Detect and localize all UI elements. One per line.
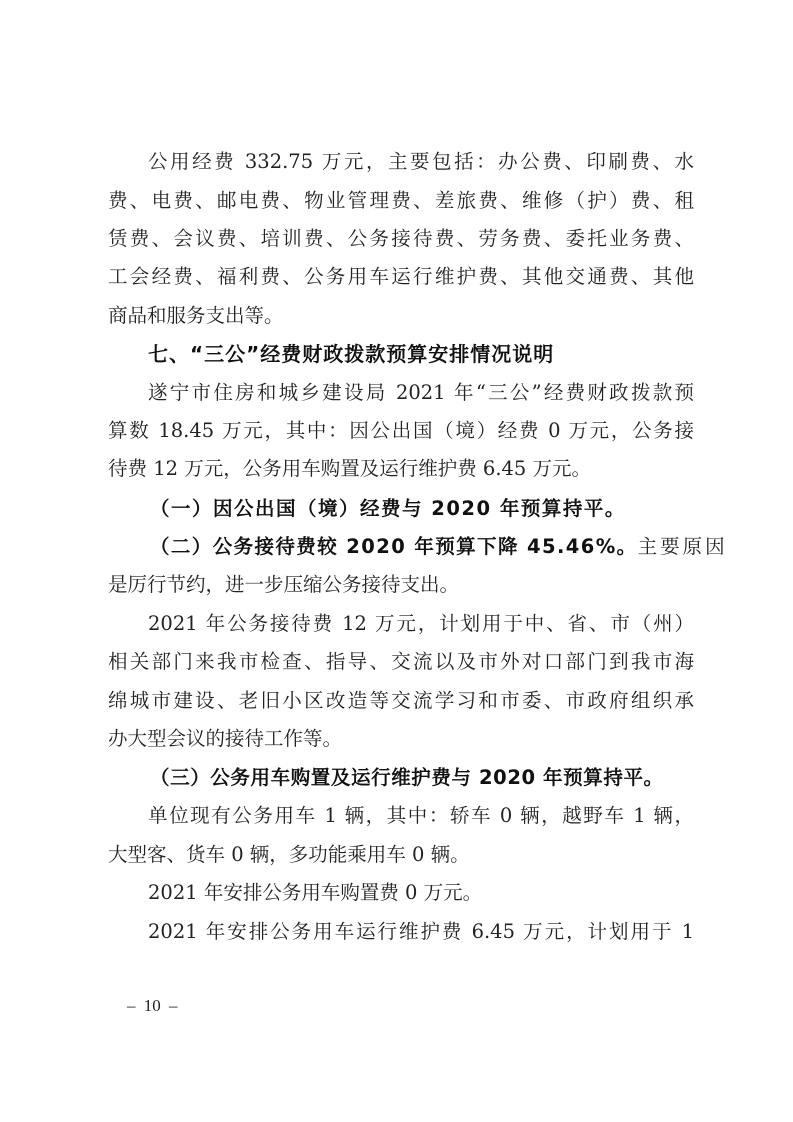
paragraph-line: 办大型会议的接待工作等。 xyxy=(108,724,694,754)
paragraph-line: 2021 年安排公务用车运行维护费 6.45 万元，计划用于 1 xyxy=(148,917,694,947)
subsection-heading: （三）公务用车购置及运行维护费与 2020 年预算持平。 xyxy=(150,763,664,793)
subsection-heading-bold: （二）公务接待费较 2020 年预算下降 45.46%。 xyxy=(150,532,638,562)
paragraph-line: 费、电费、邮电费、物业管理费、差旅费、维修（护）费、租 xyxy=(108,186,694,216)
paragraph-line: 单位现有公务用车 1 辆，其中：轿车 0 辆，越野车 1 辆， xyxy=(148,801,694,831)
paragraph-line: 商品和服务支出等。 xyxy=(108,301,694,331)
paragraph-line: 算数 18.45 万元，其中：因公出国（境）经费 0 万元，公务接 xyxy=(108,416,694,446)
paragraph-line: 绵城市建设、老旧小区改造等交流学习和市委、市政府组织承 xyxy=(108,686,694,716)
paragraph-line: 公用经费 332.75 万元，主要包括：办公费、印刷费、水 xyxy=(148,147,694,177)
page-number: – 10 – xyxy=(127,994,178,1018)
document-page: 公用经费 332.75 万元，主要包括：办公费、印刷费、水 费、电费、邮电费、物… xyxy=(0,0,793,1122)
paragraph-line: 2021 年安排公务用车购置费 0 万元。 xyxy=(148,878,694,908)
paragraph-line: 相关部门来我市检查、指导、交流以及市外对口部门到我市海 xyxy=(108,647,694,677)
paragraph-line: 工会经费、福利费、公务用车运行维护费、其他交通费、其他 xyxy=(108,262,694,292)
paragraph-line: 2021 年公务接待费 12 万元，计划用于中、省、市（州） xyxy=(148,609,694,639)
paragraph-line: 待费 12 万元，公务用车购置及运行维护费 6.45 万元。 xyxy=(108,454,694,484)
paragraph-line: 大型客、货车 0 辆，多功能乘用车 0 辆。 xyxy=(108,840,694,870)
paragraph-line: 是厉行节约，进一步压缩公务接待支出。 xyxy=(108,570,694,600)
subsection-heading-mixed: （二）公务接待费较 2020 年预算下降 45.46%。 主要原因 xyxy=(150,532,694,562)
paragraph-line: 赁费、会议费、培训费、公务接待费、劳务费、委托业务费、 xyxy=(108,224,694,254)
paragraph-line: 遂宁市住房和城乡建设局 2021 年“三公”经费财政拨款预 xyxy=(148,378,694,408)
section-heading: 七、“三公”经费财政拨款预算安排情况说明 xyxy=(148,339,554,369)
subsection-heading: （一）因公出国（境）经费与 2020 年预算持平。 xyxy=(150,494,626,524)
paragraph-text: 主要原因 xyxy=(638,532,728,562)
